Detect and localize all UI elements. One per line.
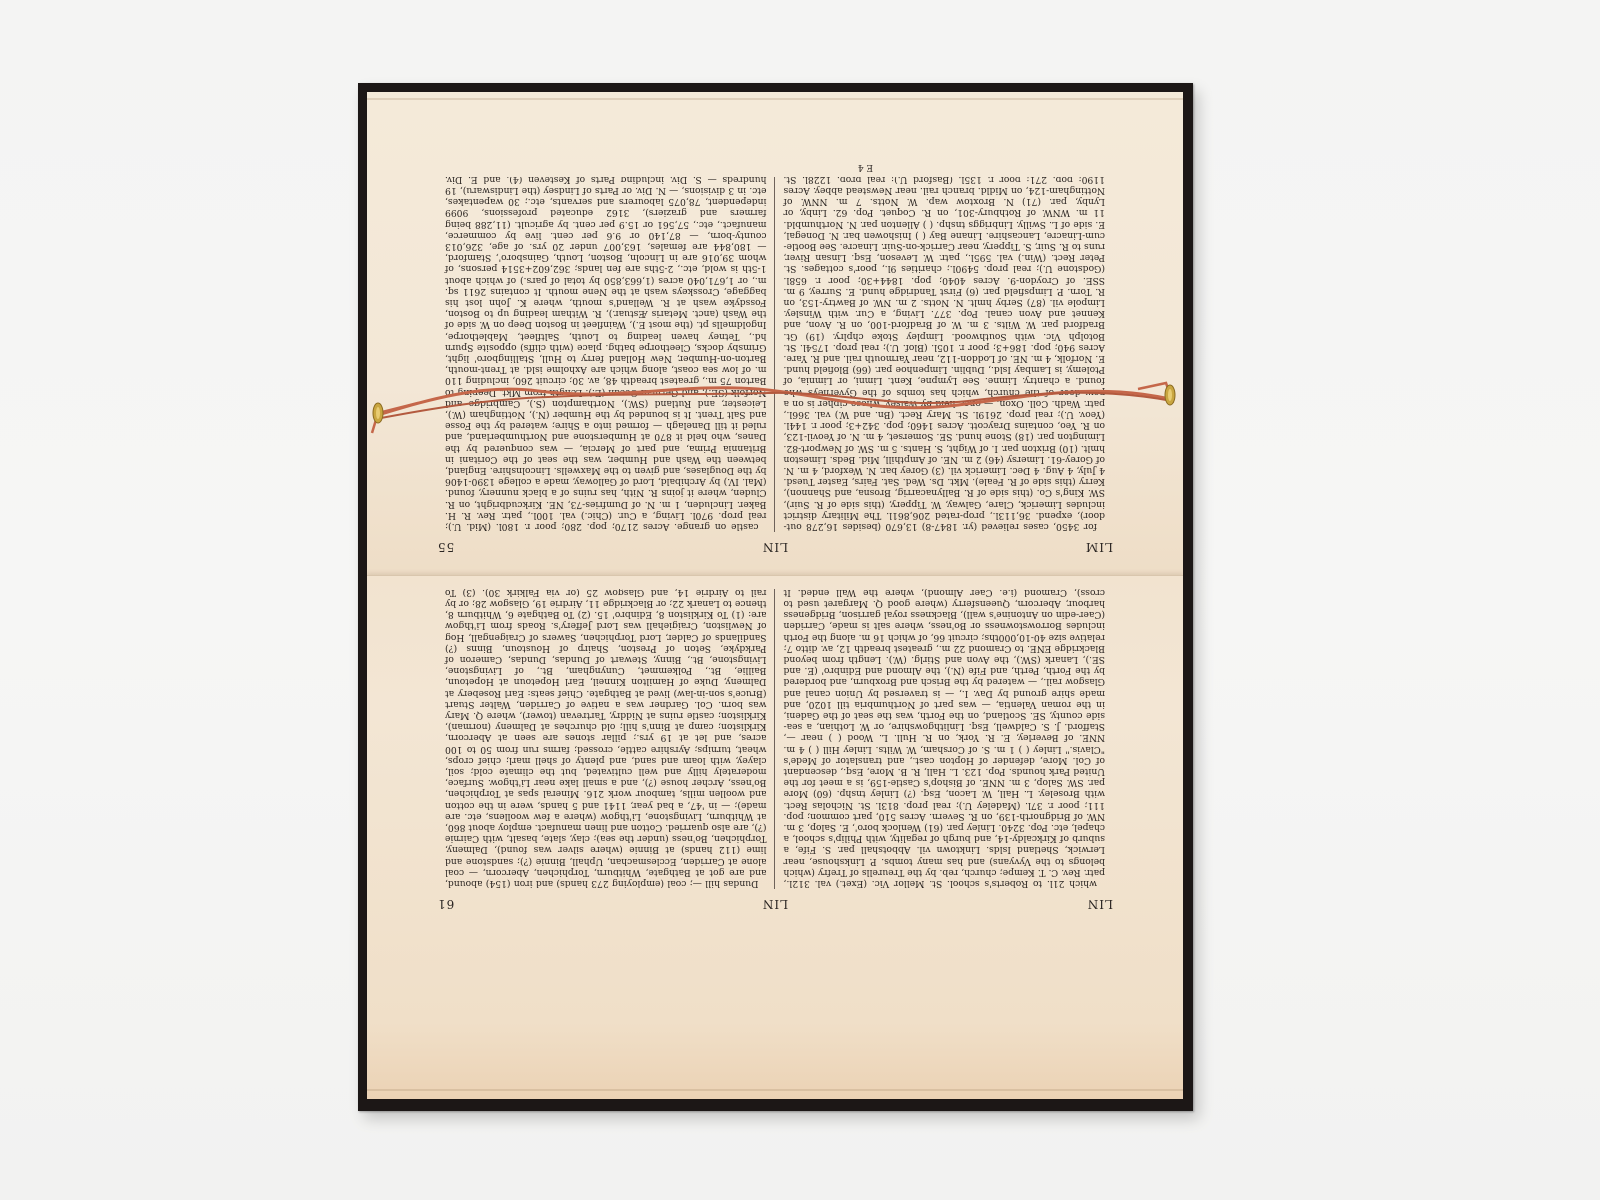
paper-crease <box>367 1089 1183 1091</box>
lower-page-header: LIN LIN 61 <box>437 893 1113 911</box>
text-column-left: for 3450, cases relieved (yr. 1847-8) 13… <box>776 177 1114 532</box>
upper-page-rotated-content: LIM LIN 55 for 3450, cases relieved (yr.… <box>367 92 1183 582</box>
paper-crease <box>367 98 1183 100</box>
upper-page-header: LIM LIN 55 <box>437 536 1113 554</box>
column-text: Dundas hill —; coal (employing 273 hands… <box>445 589 767 889</box>
frame-mat: LIM LIN 55 for 3450, cases relieved (yr.… <box>367 92 1183 1099</box>
column-text: for 3450, cases relieved (yr. 1847-8) 13… <box>784 177 1106 532</box>
picture-frame: LIM LIN 55 for 3450, cases relieved (yr.… <box>358 83 1193 1111</box>
lower-book-page: LIN LIN 61 which 21l. to Roberts's schoo… <box>367 575 1183 1099</box>
header-left-word: LIM <box>1085 540 1113 554</box>
text-column-right: Dundas hill —; coal (employing 273 hands… <box>437 589 776 889</box>
header-center-word: LIN <box>762 540 788 554</box>
upper-page-columns: for 3450, cases relieved (yr. 1847-8) 13… <box>437 177 1113 532</box>
column-text: castle on grange. Acres 2170; pop. 280; … <box>445 177 767 532</box>
header-center-word: LIN <box>762 897 788 911</box>
text-column-right: castle on grange. Acres 2170; pop. 280; … <box>437 177 776 532</box>
page-number: 61 <box>437 897 454 911</box>
page-number: 55 <box>437 540 454 554</box>
signature-mark: E 4 <box>858 162 873 172</box>
column-text: which 21l. to Roberts's school. St. Mell… <box>784 589 1106 889</box>
text-column-left: which 21l. to Roberts's school. St. Mell… <box>776 589 1114 889</box>
lower-page-columns: which 21l. to Roberts's school. St. Mell… <box>437 589 1113 889</box>
header-left-word: LIN <box>1087 897 1113 911</box>
upper-book-page: LIM LIN 55 for 3450, cases relieved (yr.… <box>367 92 1183 582</box>
lower-page-rotated-content: LIN LIN 61 which 21l. to Roberts's schoo… <box>367 576 1183 1099</box>
